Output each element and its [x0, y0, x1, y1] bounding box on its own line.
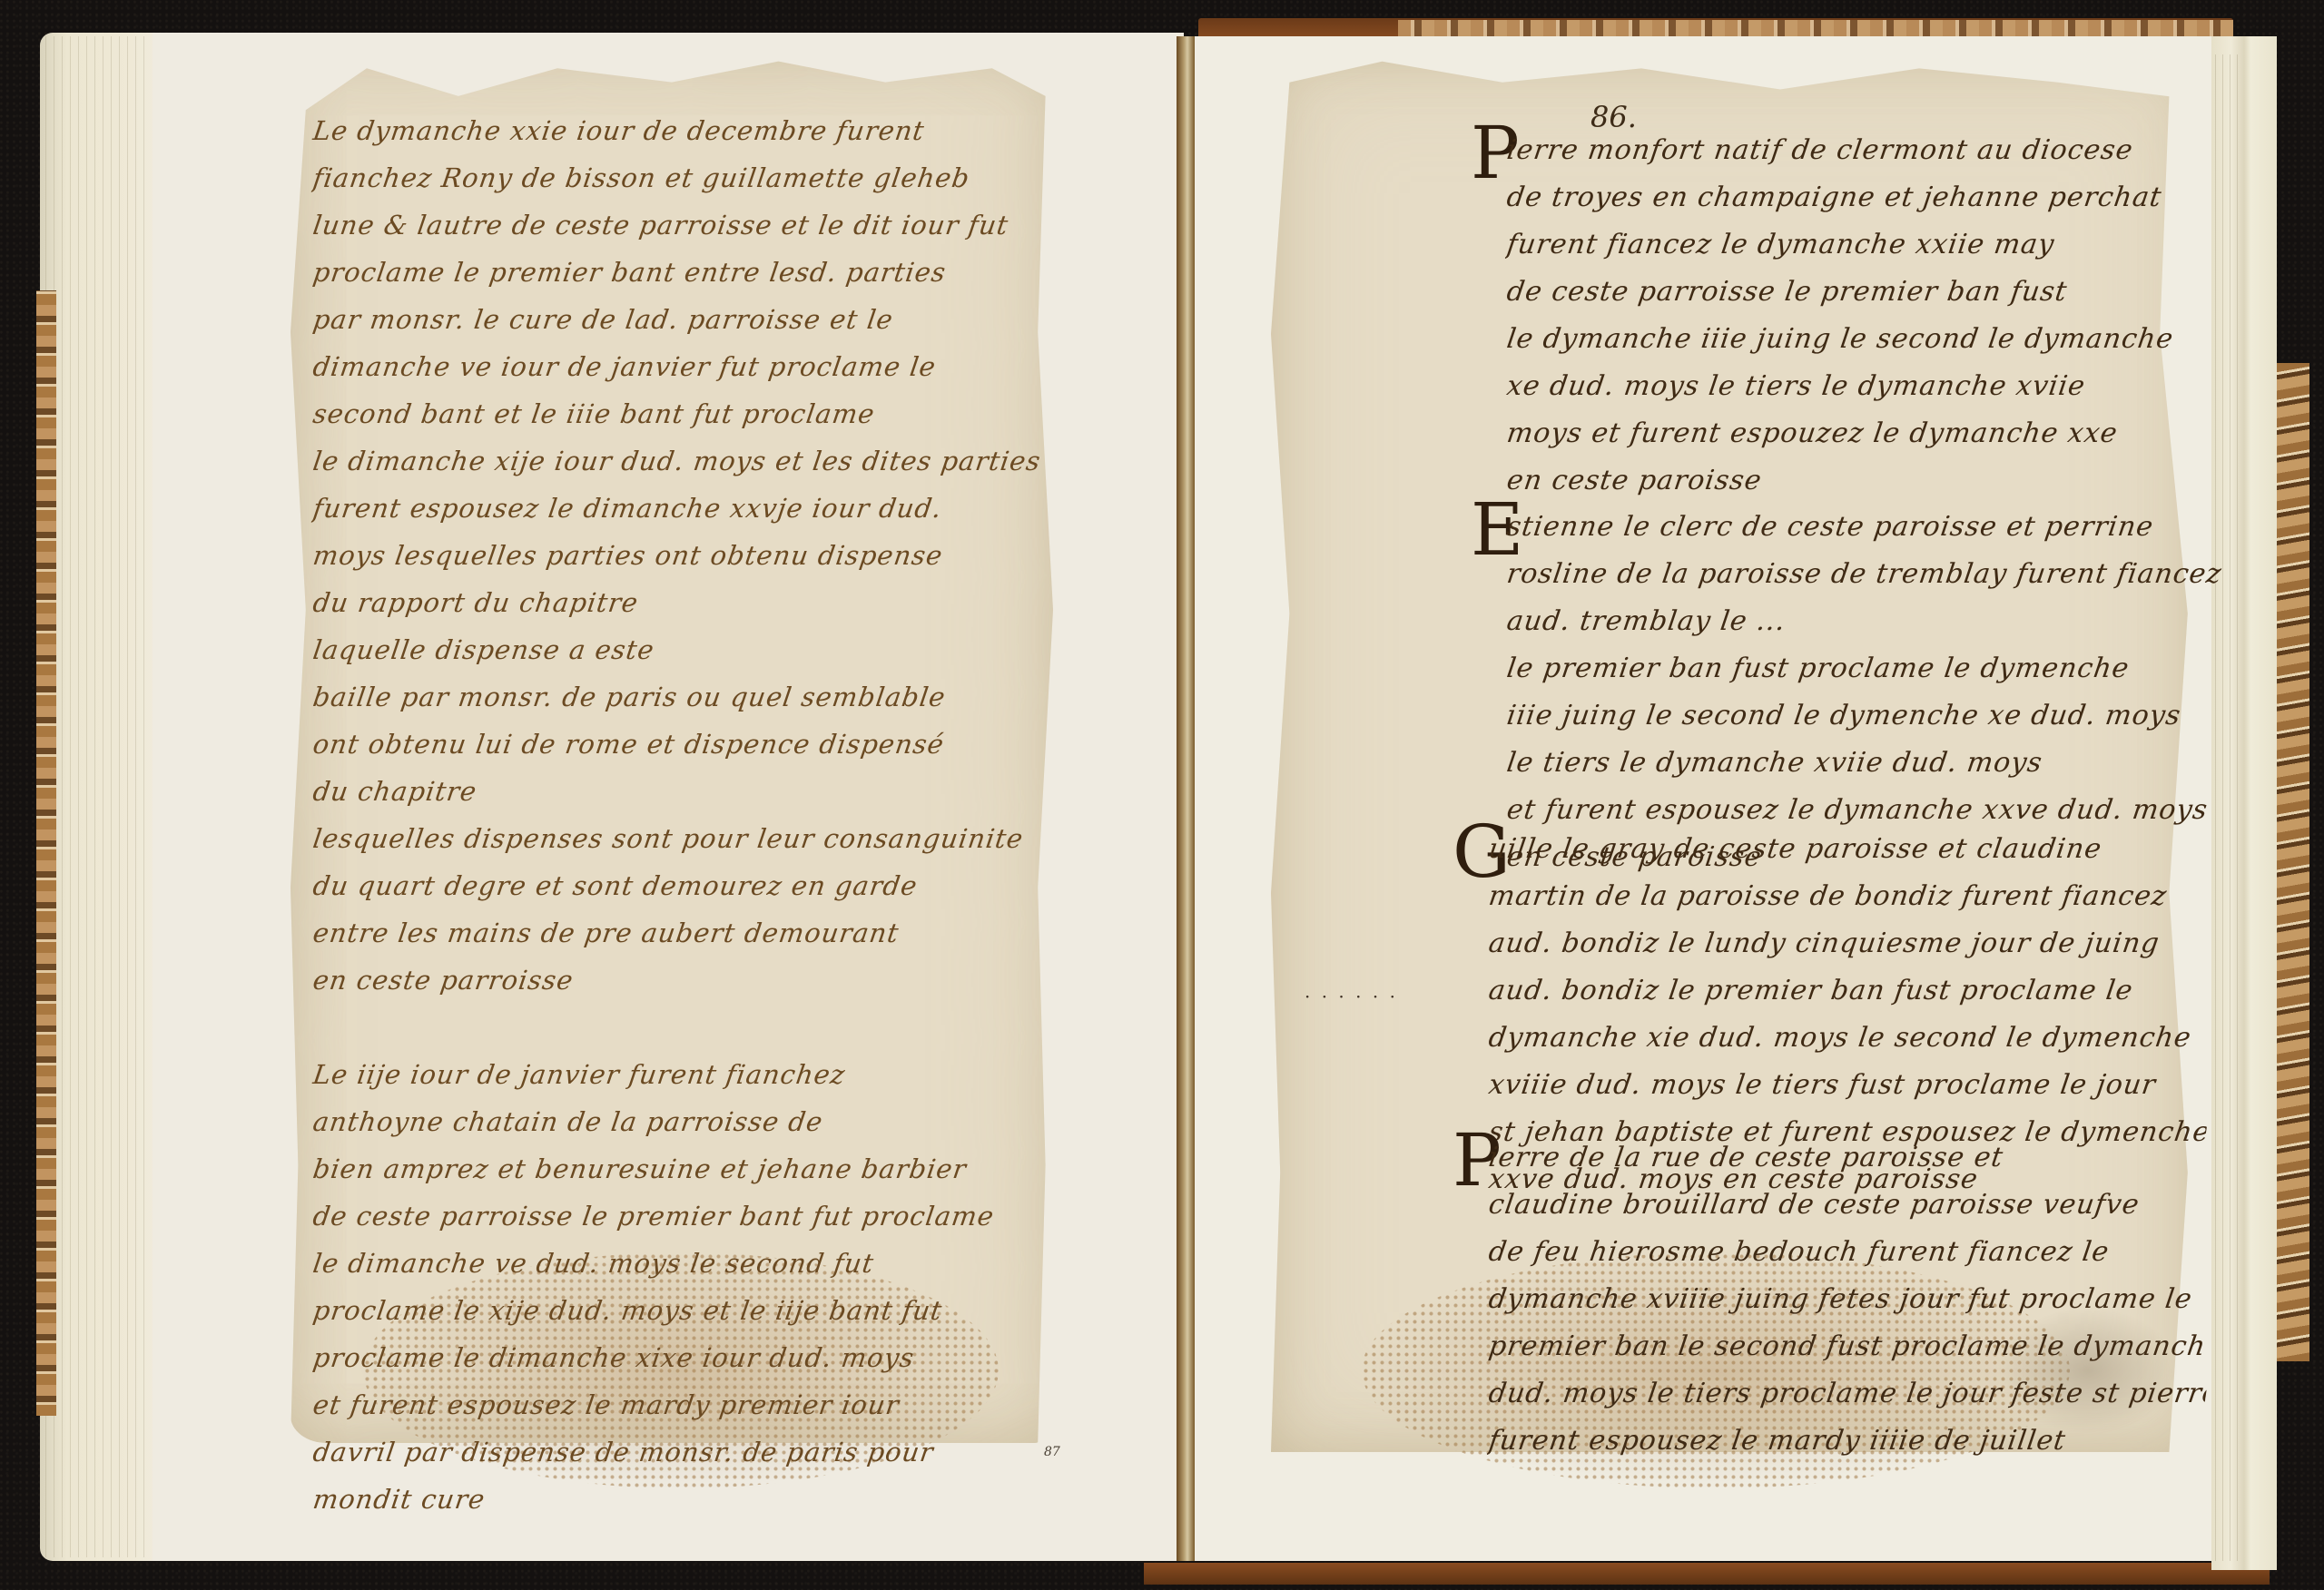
- book-cover-bottom-board: [1144, 1563, 2270, 1585]
- text-line: davril par dispense de monsr. de paris p…: [310, 1428, 1060, 1476]
- text-line: du rapport du chapitre: [310, 579, 1060, 626]
- text-line: anthoyne chatain de la parroisse de: [310, 1098, 1060, 1145]
- text-line: laquelle dispense a este: [310, 626, 1060, 673]
- entry-2: E stienne le clerc de ceste paroisse et …: [1507, 504, 2224, 881]
- text-line: aud. tremblay le ...: [1503, 598, 2227, 645]
- text-line: dud. moys le tiers proclame le jour fest…: [1485, 1370, 2209, 1418]
- text-line: par monsr. le cure de lad. parroisse et …: [310, 296, 1060, 343]
- text-line: de ceste parroisse le premier bant fut p…: [310, 1192, 1060, 1240]
- text-line: ierre de la rue de ceste paroisse et: [1485, 1134, 2209, 1182]
- marbled-edge-top: [1398, 20, 2233, 38]
- text-line: le dymanche iiie juing le second le dyma…: [1503, 316, 2227, 363]
- text-line: iiie juing le second le dymenche xe dud.…: [1503, 692, 2227, 740]
- text-line: dimanche ve iour de janvier fut proclame…: [310, 343, 1060, 390]
- text-line: aud. bondiz le premier ban fust proclame…: [1485, 967, 2209, 1015]
- text-line: claudine brouillard de ceste paroisse ve…: [1485, 1182, 2209, 1229]
- text-line: xe dud. moys le tiers le dymanche xviie: [1503, 363, 2227, 410]
- text-line: lune & lautre de ceste parroisse et le d…: [310, 201, 1060, 249]
- text-line: dymanche xie dud. moys le second le dyme…: [1485, 1015, 2209, 1062]
- text-line: furent espousez le mardy iiiie de juille…: [1485, 1418, 2209, 1465]
- text-line: le dimanche ve dud. moys le second fut: [310, 1240, 1060, 1287]
- margin-dot-mark: · · · · · ·: [1305, 986, 1398, 1007]
- text-line: proclame le xije dud. moys et le iije ba…: [310, 1287, 1060, 1334]
- text-line: le premier ban fust proclame le dymenche: [1503, 645, 2227, 692]
- text-line: ierre monfort natif de clermont au dioce…: [1503, 127, 2227, 174]
- text-line: dymanche xviiie juing fetes jour fut pro…: [1485, 1276, 2209, 1323]
- text-line: ont obtenu lui de rome et dispence dispe…: [310, 721, 1060, 768]
- text-line: premier ban le second fust proclame le d…: [1485, 1323, 2209, 1370]
- text-line: en ceste paroisse: [1503, 457, 2227, 505]
- folio-pencil-mark: 87: [1044, 1445, 1060, 1459]
- text-line: proclame le premier bant entre lesd. par…: [310, 249, 1060, 296]
- text-line: lesquelles dispenses sont pour leur cons…: [310, 815, 1060, 862]
- left-page-edges: [45, 36, 145, 1557]
- text-line: furent espousez le dimanche xxvje iour d…: [310, 485, 1060, 532]
- text-line: proclame le dimanche xixe iour dud. moys: [310, 1334, 1060, 1381]
- text-line: bien amprez et benuresuine et jehane bar…: [310, 1145, 1060, 1192]
- text-line: mondit cure: [310, 1476, 1060, 1523]
- text-line: du chapitre: [310, 768, 1060, 815]
- entry-4: P ierre de la rue de ceste paroisse et c…: [1489, 1134, 2206, 1465]
- text-line: en ceste parroisse: [310, 957, 1060, 1004]
- text-line: baille par monsr. de paris ou quel sembl…: [310, 673, 1060, 721]
- text-line: aud. bondiz le lundy cinquiesme jour de …: [1485, 920, 2209, 967]
- text-line: uille le gray de ceste paroisse et claud…: [1485, 826, 2209, 873]
- text-line: entre les mains de pre aubert demourant: [310, 909, 1060, 957]
- text-line: Le dymanche xxie iour de decembre furent: [310, 107, 1060, 154]
- marbled-edge-right: [2277, 363, 2309, 1361]
- text-line: moys lesquelles parties ont obtenu dispe…: [310, 532, 1060, 579]
- left-page-text: Le dymanche xxie iour de decembre furent…: [313, 107, 1058, 1523]
- text-line: xviiie dud. moys le tiers fust proclame …: [1485, 1062, 2209, 1109]
- text-line: second bant et le iiie bant fut proclame: [310, 390, 1060, 437]
- text-line: et furent espousez le mardy premier iour: [310, 1381, 1060, 1428]
- text-line: rosline de la paroisse de tremblay furen…: [1503, 551, 2227, 598]
- text-line: de ceste parroisse le premier ban fust: [1503, 269, 2227, 316]
- text-line: de troyes en champaigne et jehanne perch…: [1503, 174, 2227, 221]
- text-line: le dimanche xije iour dud. moys et les d…: [310, 437, 1060, 485]
- text-line: du quart degre et sont demourez en garde: [310, 862, 1060, 909]
- text-line: Le iije iour de janvier furent fianchez: [310, 1051, 1060, 1098]
- text-line: stienne le clerc de ceste paroisse et pe…: [1503, 504, 2227, 551]
- text-line: martin de la paroisse de bondiz furent f…: [1485, 873, 2209, 920]
- text-line: moys et furent espouzez le dymanche xxe: [1503, 410, 2227, 457]
- text-line: de feu hierosme bedouch furent fiancez l…: [1485, 1229, 2209, 1276]
- text-line: fianchez Rony de bisson et guillamette g…: [310, 154, 1060, 201]
- entry-1: P ierre monfort natif de clermont au dio…: [1507, 127, 2224, 505]
- text-line: [310, 1004, 1060, 1051]
- text-line: furent fiancez le dymanche xxiie may: [1503, 221, 2227, 269]
- text-line: le tiers le dymanche xviie dud. moys: [1503, 740, 2227, 787]
- marbled-edge-left: [36, 290, 56, 1416]
- book-gutter: [1177, 36, 1195, 1561]
